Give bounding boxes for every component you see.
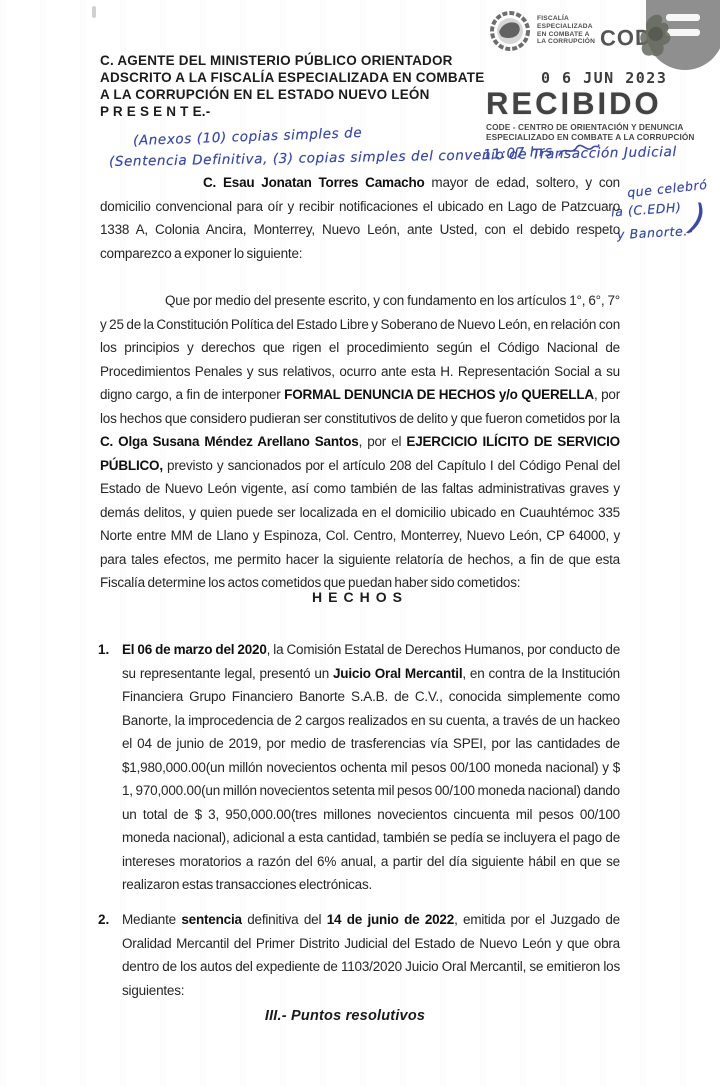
handwritten-margin-note-line2: la (C.EDH) xyxy=(611,200,682,220)
item-number: 2. xyxy=(98,908,109,932)
seal-caption-line: ESPECIALIZADA xyxy=(537,23,595,31)
fiscalia-seal-icon xyxy=(489,10,531,52)
addressee-line: P R E S E N T E.- xyxy=(100,103,520,120)
addressee-line: C. AGENTE DEL MINISTERIO PÚBLICO ORIENTA… xyxy=(100,52,520,69)
document-page: FISCALÍA ESPECIALIZADA EN COMBATE A LA C… xyxy=(0,0,720,1086)
signature-squiggle-icon xyxy=(556,141,601,159)
complaint-paragraph: Que por medio del presente escrito, y co… xyxy=(100,289,620,595)
stamp-date: 0 6 JUN 2023 xyxy=(541,69,667,87)
item-text: El 06 de marzo del 2020, la Comisión Est… xyxy=(122,638,620,897)
seal-caption: FISCALÍA ESPECIALIZADA EN COMBATE A LA C… xyxy=(537,15,595,46)
item-number: 1. xyxy=(98,638,109,662)
hechos-item-2: 2. Mediante sentencia definitiva del 14 … xyxy=(100,908,620,1002)
item-text: Mediante sentencia definitiva del 14 de … xyxy=(122,908,620,1002)
closing-heading: III.- Puntos resolutivos xyxy=(100,1008,590,1024)
scan-mark xyxy=(92,6,96,18)
hechos-item-1: 1. El 06 de marzo del 2020, la Comisión … xyxy=(100,638,620,897)
handwritten-annexes-note-line1: (Anexos (10) copias simples de xyxy=(133,125,363,149)
handwritten-margin-note-line3: y Banorte.- xyxy=(617,223,694,242)
seal-caption-line: LA CORRUPCIÓN xyxy=(537,38,595,46)
seal-caption-line: FISCALÍA xyxy=(537,15,595,23)
addressee-line: A LA CORRUPCIÓN EN EL ESTADO NUEVO LEÓN xyxy=(100,86,520,103)
section-heading-hechos: HECHOS xyxy=(100,589,620,605)
stamp-figure-icon xyxy=(637,11,677,63)
addressee-block: C. AGENTE DEL MINISTERIO PÚBLICO ORIENTA… xyxy=(100,52,520,120)
intro-paragraph: C. Esau Jonatan Torres Camacho mayor de … xyxy=(100,171,620,265)
stamp-caption: CODE - CENTRO DE ORIENTACIÓN Y DENUNCIA … xyxy=(486,123,716,143)
stamp-caption-line: ESPECIALIZADO EN COMBATE A LA CORRUPCIÓN xyxy=(486,133,716,143)
addressee-line: ADSCRITO A LA FISCALÍA ESPECIALIZADA EN … xyxy=(100,69,520,86)
handwritten-closing-paren: ) xyxy=(688,197,710,240)
